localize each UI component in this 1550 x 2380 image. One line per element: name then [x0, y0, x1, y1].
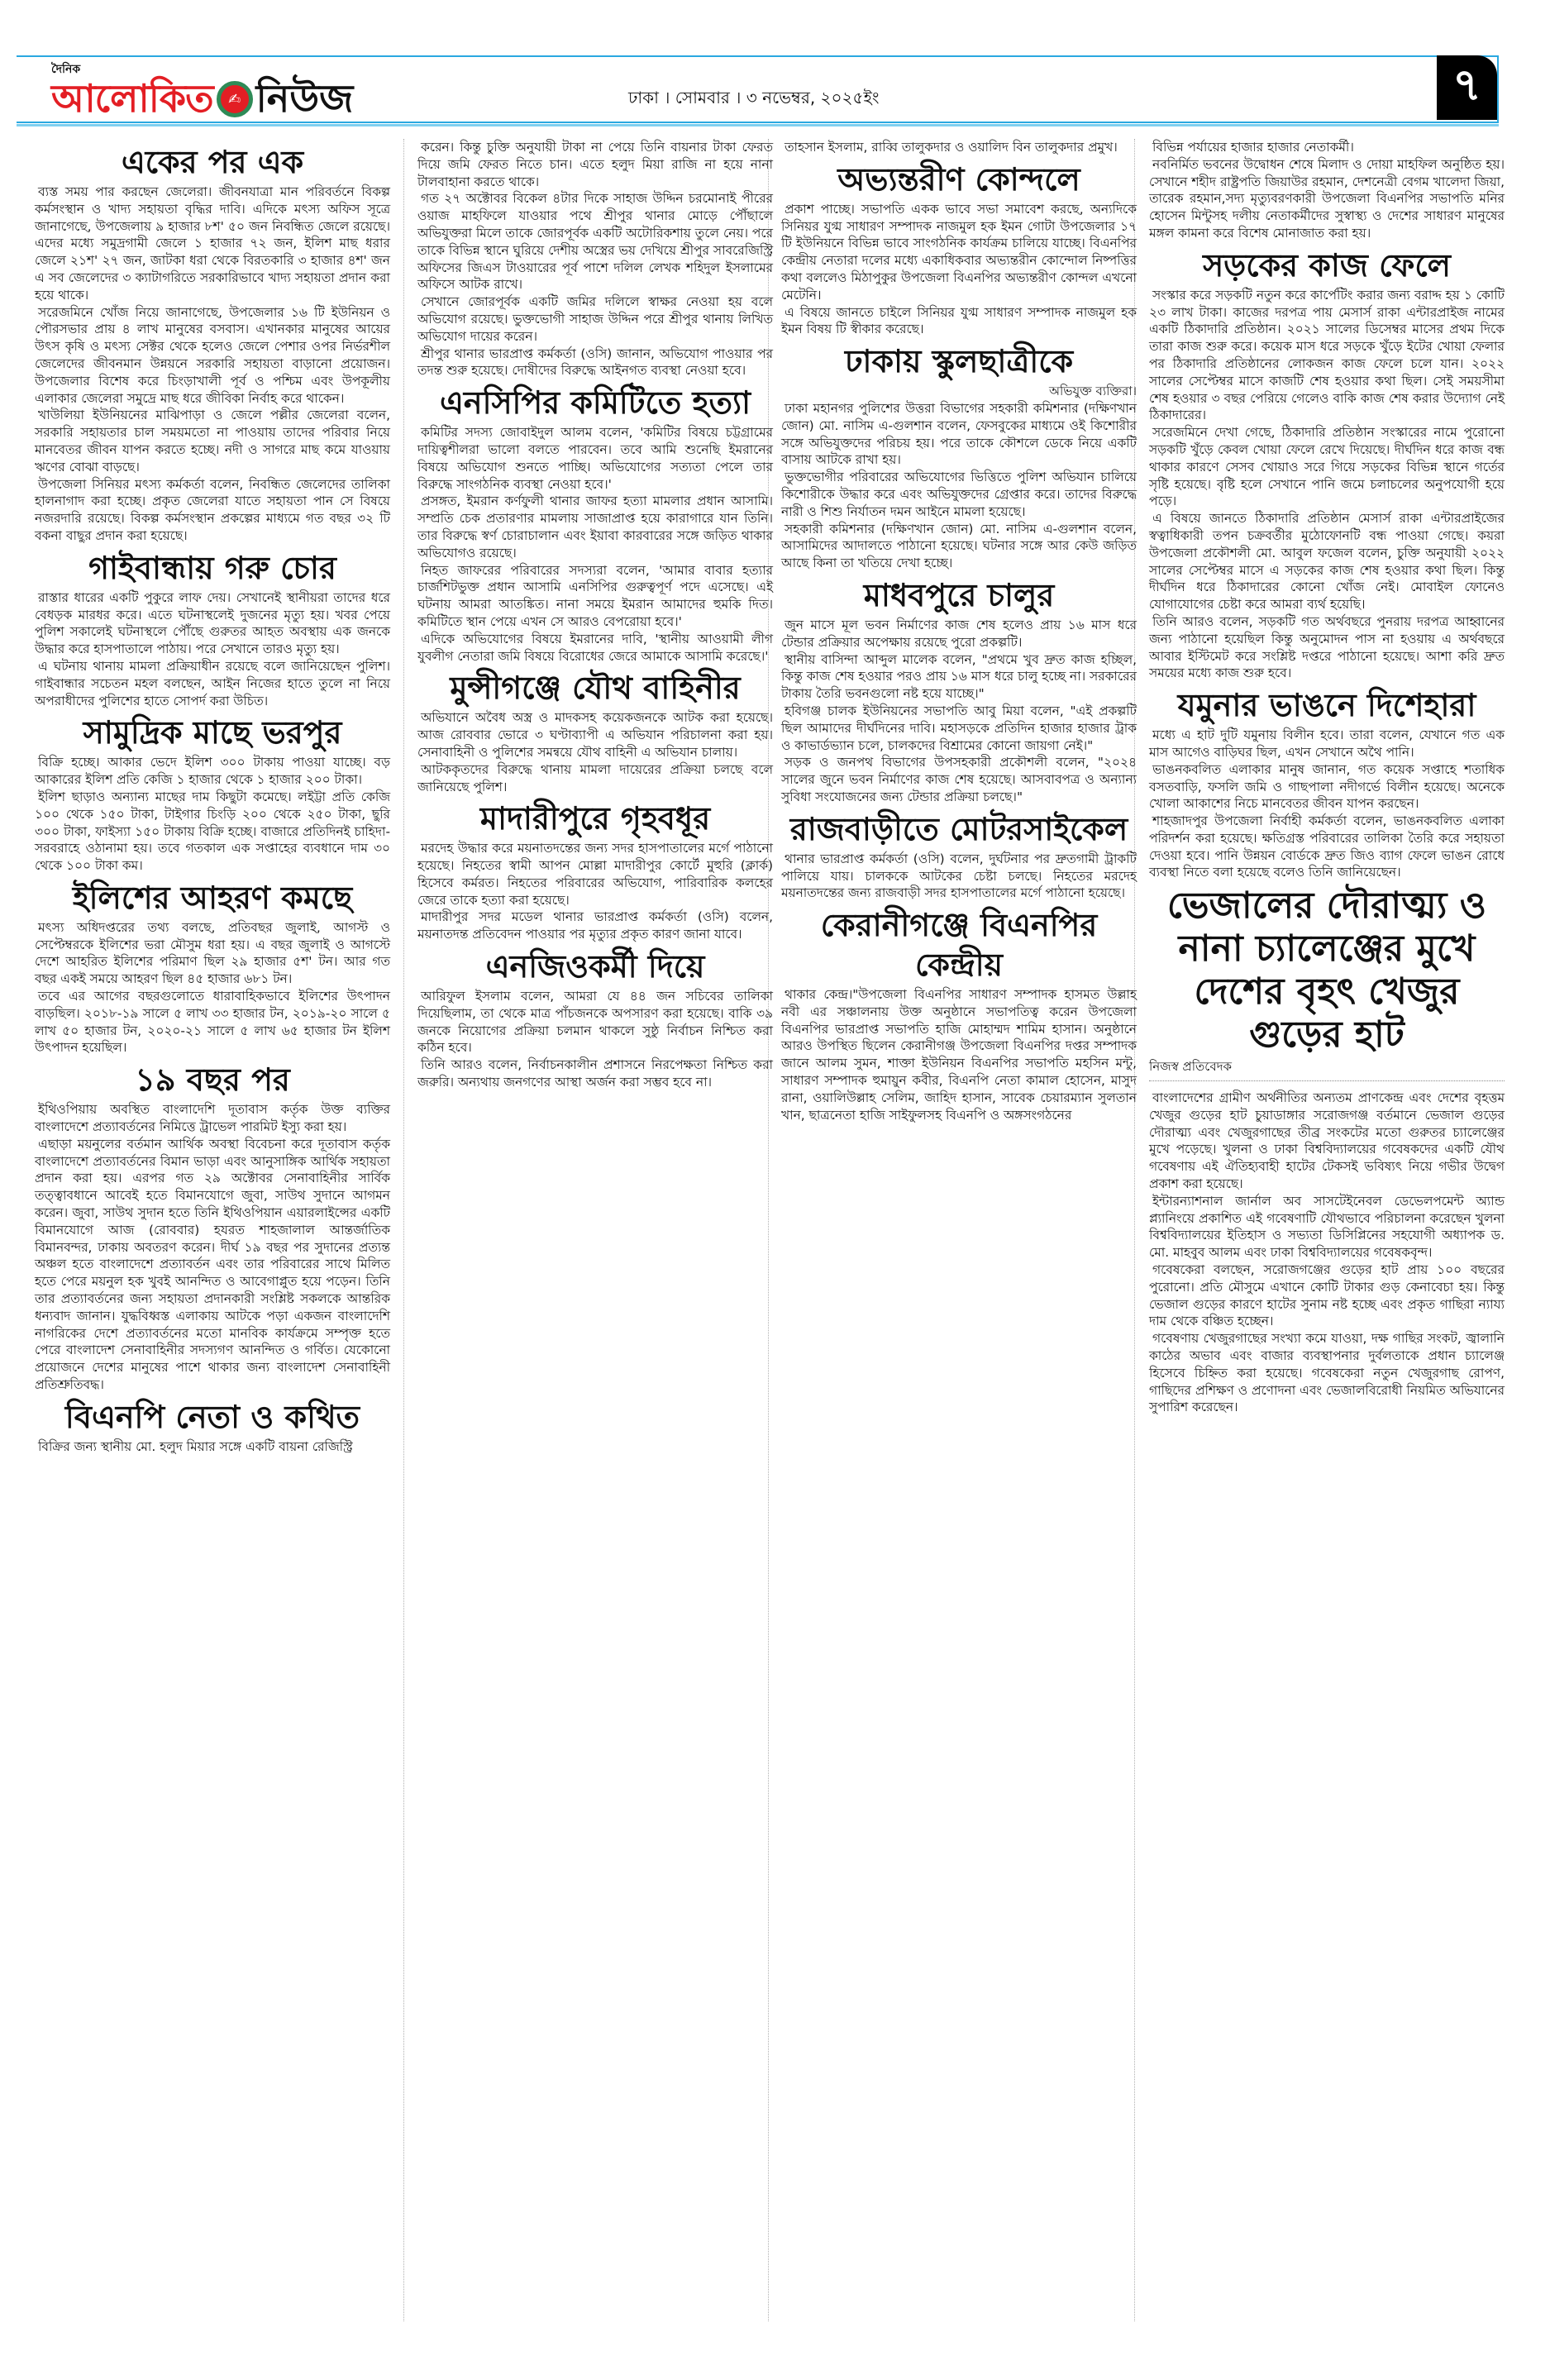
- logo-daily-label: দৈনিক: [51, 60, 80, 79]
- article-headline[interactable]: অভ্যন্তরীণ কোন্দলে: [781, 160, 1137, 199]
- article: গাইবান্ধায় গরু চোররাস্তার ধারের একটি পু…: [35, 548, 390, 710]
- article-paragraph: এ বিষয়ে জানতে ঠিকাদারি প্রতিষ্ঠান মেসার…: [1149, 510, 1505, 613]
- masthead-underline: [17, 124, 1499, 126]
- article-paragraph: গবেষণায় খেজুরগাছের সংখ্যা কমে যাওয়া, দ…: [1149, 1330, 1505, 1416]
- article: বিএনপি নেতা ও কথিতবিক্রির জন্য স্থানীয় …: [35, 1397, 390, 1456]
- column-3: তাহসান ইসলাম, রাব্বি তালুকদার ও ওয়ালিদ …: [781, 139, 1137, 1123]
- article-paragraph: আটককৃতদের বিরুদ্ধে থানায় মামলা দায়েরের…: [417, 761, 773, 796]
- article-paragraph: জুন মাসে মূল ভবন নির্মাণের কাজ শেষ হলেও …: [781, 617, 1137, 651]
- column-2: করেন। কিন্তু চুক্তি অনুযায়ী টাকা না পেয…: [417, 139, 773, 1091]
- article-headline[interactable]: গাইবান্ধায় গরু চোর: [35, 548, 390, 588]
- article-headline[interactable]: এনসিপির কমিটিতে হত্যা: [417, 383, 773, 422]
- article: কেরানীগঞ্জে বিএনপির কেন্দ্রীয়থাকার কেন্…: [781, 905, 1137, 1123]
- article-paragraph: গবেষকেরা বলছেন, সরোজগঞ্জের গুড়ের হাট প্…: [1149, 1262, 1505, 1330]
- article-headline[interactable]: সড়কের কাজ ফেলে: [1149, 246, 1505, 285]
- article: ঢাকায় স্কুলছাত্রীকেঅভিযুক্ত ব্যক্তিরা।ঢ…: [781, 341, 1137, 572]
- article-paragraph: ইথিওপিয়ায় অবস্থিত বাংলাদেশি দূতাবাস কর…: [35, 1101, 390, 1136]
- column-4: বিভিন্ন পর্যায়ের হাজার হাজার নেতাকর্মী।…: [1149, 139, 1505, 1416]
- article-paragraph: মরদেহ উদ্ধার করে ময়নাতদন্তের জন্য সদর হ…: [417, 840, 773, 909]
- article: বিভিন্ন পর্যায়ের হাজার হাজার নেতাকর্মী।…: [1149, 139, 1505, 242]
- article-paragraph: বাংলাদেশের গ্রামীণ অর্থনীতির অন্যতম প্রা…: [1149, 1090, 1505, 1193]
- article-paragraph: মধ্যে এ হাট দুটি যমুনায় বিলীন হবে। তারা…: [1149, 727, 1505, 761]
- article-paragraph: ভুক্তভোগীর পরিবারের অভিযোগের ভিত্তিতে পু…: [781, 469, 1137, 520]
- article-paragraph: বিভিন্ন পর্যায়ের হাজার হাজার নেতাকর্মী।: [1149, 139, 1505, 156]
- newspaper-logo[interactable]: দৈনিক আলোকিত ✍ নিউজ: [51, 63, 353, 122]
- article-paragraph: গত ২৭ অক্টোবর বিকেল ৪টার দিকে সাহাজ উদ্দ…: [417, 190, 773, 293]
- article-paragraph: নিহত জাফরের পরিবারের সদস্যরা বলেন, 'আমার…: [417, 562, 773, 631]
- article-paragraph: সংস্কার করে সড়কটি নতুন করে কার্পেটিং কর…: [1149, 287, 1505, 424]
- article-paragraph: সরেজমিনে দেখা গেছে, ঠিকাদারি প্রতিষ্ঠান …: [1149, 424, 1505, 510]
- article-headline[interactable]: রাজবাড়ীতে মোটরসাইকেল: [781, 809, 1137, 849]
- article-headline[interactable]: ঢাকায় স্কুলছাত্রীকে: [781, 341, 1137, 381]
- article-paragraph: থানার ভারপ্রাপ্ত কর্মকর্তা (ওসি) বলেন, দ…: [781, 851, 1137, 902]
- dateline: ঢাকা । সোমবার । ৩ নভেম্বর, ২০২৫ইং: [628, 86, 880, 113]
- article-headline[interactable]: সামুদ্রিক মাছে ভরপুর: [35, 713, 390, 752]
- article: ভেজালের দৌরাত্ম্য ও নানা চ্যালেঞ্জের মুখ…: [1149, 885, 1505, 1416]
- article-paragraph: এ ঘটনায় থানায় মামলা প্রক্রিয়াধীন রয়ে…: [35, 658, 390, 709]
- logo-news: নিউজ: [256, 74, 354, 122]
- pen-emblem-icon: ✍: [217, 81, 253, 117]
- article: মাদারীপুরে গৃহবধূরমরদেহ উদ্ধার করে ময়না…: [417, 799, 773, 943]
- article: এনসিপির কমিটিতে হত্যাকমিটির সদস্য জোবাইদ…: [417, 383, 773, 665]
- article-headline[interactable]: বিএনপি নেতা ও কথিত: [35, 1397, 390, 1437]
- article-paragraph: ইন্টারন্যাশনাল জার্নাল অব সাসটেইনেবল ডেভ…: [1149, 1193, 1505, 1262]
- article-paragraph: সেখানে জোরপূর্বক একটি জমির দলিলে স্বাক্ষ…: [417, 293, 773, 345]
- article: ইলিশের আহরণ কমছেমৎস্য অধিদপ্তরের তথ্য বল…: [35, 878, 390, 1056]
- article-subhead: অভিযুক্ত ব্যক্তিরা।: [781, 383, 1137, 400]
- article: মুন্সীগঞ্জে যৌথ বাহিনীরঅভিযানে অবৈধ অস্ত…: [417, 668, 773, 795]
- article-paragraph: ঢাকা মহানগর পুলিশের উত্তরা বিভাগের সহকার…: [781, 400, 1137, 469]
- article-paragraph: মাদারীপুর সদর মডেল থানার ভারপ্রাপ্ত কর্ম…: [417, 909, 773, 943]
- article-paragraph: বিক্রি হচ্ছে। আকার ভেদে ইলিশ ৩০০ টাকায় …: [35, 754, 390, 789]
- article-paragraph: এদিকে অভিযোগের বিষয়ে ইমরানের দাবি, 'স্থ…: [417, 631, 773, 665]
- article: রাজবাড়ীতে মোটরসাইকেলথানার ভারপ্রাপ্ত কর…: [781, 809, 1137, 902]
- article-paragraph: সহকারী কমিশনার (দক্ষিণখান জোন) মো. নাসিম…: [781, 521, 1137, 572]
- article: সড়কের কাজ ফেলেসংস্কার করে সড়কটি নতুন ক…: [1149, 246, 1505, 682]
- article-paragraph: তিনি আরও বলেন, সড়কটি গত অর্থবছরে পুনরায…: [1149, 613, 1505, 682]
- article-headline[interactable]: কেরানীগঞ্জে বিএনপির কেন্দ্রীয়: [781, 905, 1137, 985]
- article-byline: নিজস্ব প্রতিবেদক: [1149, 1058, 1505, 1081]
- column-divider: [403, 139, 405, 2321]
- article-headline[interactable]: ১৯ বছর পর: [35, 1060, 390, 1099]
- article-paragraph: ভাঙনকবলিত এলাকার মানুষ জানান, গত কয়েক স…: [1149, 761, 1505, 813]
- article-paragraph: মৎস্য অধিদপ্তরের তথ্য বলছে, প্রতিবছর জুল…: [35, 919, 390, 988]
- article-paragraph: ইলিশ ছাড়াও অন্যান্য মাছের দাম কিছুটা কম…: [35, 789, 390, 875]
- article-paragraph: প্রকাশ পাচ্ছে। সভাপতি একক ভাবে সভা সমাবে…: [781, 201, 1137, 304]
- article: অভ্যন্তরীণ কোন্দলেপ্রকাশ পাচ্ছে। সভাপতি …: [781, 160, 1137, 338]
- article-paragraph: হবিগঞ্জ চালক ইউনিয়নের সভাপতি আবু মিয়া …: [781, 703, 1137, 754]
- article-paragraph: তাহসান ইসলাম, রাব্বি তালুকদার ও ওয়ালিদ …: [781, 139, 1137, 156]
- article: যমুনার ভাঙনে দিশেহারামধ্যে এ হাট দুটি যম…: [1149, 685, 1505, 881]
- article: তাহসান ইসলাম, রাব্বি তালুকদার ও ওয়ালিদ …: [781, 139, 1137, 156]
- article-paragraph: তবে এর আগের বছরগুলোতে ধারাবাহিকভাবে ইলিশ…: [35, 988, 390, 1056]
- article-paragraph: করেন। কিন্তু চুক্তি অনুযায়ী টাকা না পেয…: [417, 139, 773, 190]
- article-paragraph: প্রসঙ্গত, ইমরান কর্ণফুলী থানার জাফর হত্য…: [417, 493, 773, 561]
- article-paragraph: অভিযানে অবৈধ অস্ত্র ও মাদকসহ কয়েকজনকে আ…: [417, 709, 773, 761]
- article: একের পর একব্যস্ত সময় পার করছেন জেলেরা। …: [35, 142, 390, 545]
- article-headline[interactable]: মাদারীপুরে গৃহবধূর: [417, 799, 773, 838]
- article: ১৯ বছর পরইথিওপিয়ায় অবস্থিত বাংলাদেশি দ…: [35, 1060, 390, 1394]
- article: মাধবপুরে চালুরজুন মাসে মূল ভবন নির্মাণের…: [781, 575, 1137, 806]
- article-paragraph: এ বিষয়ে জানতে চাইলে সিনিয়র যুগ্ম সাধার…: [781, 304, 1137, 339]
- article-paragraph: উপজেলা সিনিয়র মৎস্য কর্মকর্তা বলেন, নিব…: [35, 476, 390, 545]
- logo-alokito: আলোকিত: [51, 74, 213, 122]
- article-headline[interactable]: মাধবপুরে চালুর: [781, 575, 1137, 615]
- article-paragraph: সরেজমিনে খোঁজ নিয়ে জানাগেছে, উপজেলার ১৬…: [35, 304, 390, 408]
- article-paragraph: শ্রীপুর থানার ভারপ্রাপ্ত কর্মকর্তা (ওসি)…: [417, 346, 773, 380]
- article-headline[interactable]: একের পর এক: [35, 142, 390, 182]
- article-headline[interactable]: ভেজালের দৌরাত্ম্য ও নানা চ্যালেঞ্জের মুখ…: [1149, 885, 1505, 1056]
- article-paragraph: আরিফুল ইসলাম বলেন, আমরা যে ৪৪ জন সচিবের …: [417, 988, 773, 1056]
- article-headline[interactable]: মুন্সীগঞ্জে যৌথ বাহিনীর: [417, 668, 773, 708]
- article-paragraph: রাস্তার ধারের একটি পুকুরে লাফ দেয়। সেখা…: [35, 589, 390, 658]
- article-paragraph: সড়ক ও জনপথ বিভাগের উপসহকারী প্রকৌশলী বল…: [781, 754, 1137, 805]
- article-paragraph: এছাড়া ময়নুলের বর্তমান আর্থিক অবস্থা বি…: [35, 1136, 390, 1394]
- article-paragraph: ব্যস্ত সময় পার করছেন জেলেরা। জীবনযাত্রা…: [35, 184, 390, 304]
- article: সামুদ্রিক মাছে ভরপুরবিক্রি হচ্ছে। আকার ভ…: [35, 713, 390, 875]
- article-paragraph: স্থানীয় বাসিন্দা আব্দুল মালেক বলেন, "প্…: [781, 651, 1137, 703]
- column-1: একের পর একব্যস্ত সময় পার করছেন জেলেরা। …: [35, 139, 390, 1456]
- article-paragraph: তিনি আরও বলেন, নির্বাচনকালীন প্রশাসনে নি…: [417, 1056, 773, 1091]
- article-headline[interactable]: ইলিশের আহরণ কমছে: [35, 878, 390, 918]
- article-paragraph: বিক্রির জন্য স্থানীয় মো. হলুদ মিয়ার সঙ…: [35, 1438, 390, 1456]
- article-paragraph: নবনির্মিত ভবনের উদ্বোধন শেষে মিলাদ ও দোয…: [1149, 156, 1505, 242]
- article-paragraph: খাউলিয়া ইউনিয়নের মাঝিপাড়া ও জেলে পল্ল…: [35, 407, 390, 475]
- article-headline[interactable]: যমুনার ভাঙনে দিশেহারা: [1149, 685, 1505, 725]
- article-headline[interactable]: এনজিওকর্মী দিয়ে: [417, 947, 773, 986]
- article-paragraph: কমিটির সদস্য জোবাইদুল আলম বলেন, 'কমিটির …: [417, 424, 773, 493]
- page-number: ৭: [1437, 55, 1497, 120]
- article-paragraph: থাকার কেন্দ্র।"উপজেলা বিএনপির সাধারণ সম্…: [781, 986, 1137, 1123]
- article: করেন। কিন্তু চুক্তি অনুযায়ী টাকা না পেয…: [417, 139, 773, 379]
- article-paragraph: শাহজাদপুর উপজেলা নির্বাহী কর্মকর্তা বলেন…: [1149, 813, 1505, 881]
- article: এনজিওকর্মী দিয়েআরিফুল ইসলাম বলেন, আমরা …: [417, 947, 773, 1091]
